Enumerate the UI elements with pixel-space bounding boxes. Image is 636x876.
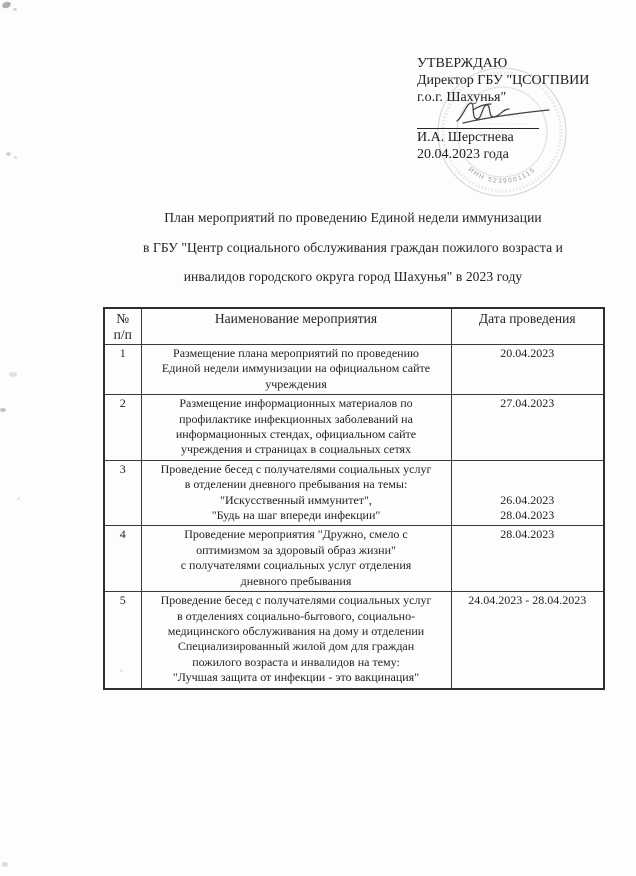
column-header-name: Наименование мероприятия xyxy=(141,308,451,345)
handwritten-signature xyxy=(451,96,555,128)
cell-number: 2 xyxy=(104,395,141,461)
signature-underline xyxy=(417,128,539,129)
cell-event-date: 27.04.2023 xyxy=(451,395,604,461)
table-row: 4 Проведение мероприятия "Дружно, смело … xyxy=(104,526,604,592)
cell-event-name: Проведение мероприятия "Дружно, смело с … xyxy=(141,526,451,592)
cell-number: 4 xyxy=(104,526,141,592)
cell-event-name: Проведение бесед с получателями социальн… xyxy=(141,592,451,689)
cell-event-name: Размещение информационных материалов по … xyxy=(141,395,451,461)
events-table: № п/п Наименование мероприятия Дата пров… xyxy=(103,307,605,690)
signatory-name: И.А. Шерстнева xyxy=(417,129,632,146)
approval-position-line1: Директор ГБУ "ЦСОГПВИИ xyxy=(417,72,632,89)
title-line-1: План мероприятий по проведению Единой не… xyxy=(100,203,606,233)
cell-number: 3 xyxy=(104,460,141,526)
signature-zone xyxy=(417,106,539,129)
scan-speck xyxy=(13,8,17,11)
cell-event-date: 20.04.2023 xyxy=(451,345,604,395)
table-row: 1 Размещение плана мероприятий по провед… xyxy=(104,345,604,395)
svg-text:ИНН 5239001115: ИНН 5239001115 xyxy=(467,166,538,185)
approval-word: УТВЕРЖДАЮ xyxy=(417,55,632,72)
scan-speck xyxy=(6,152,11,156)
scan-speck xyxy=(17,497,20,500)
title-line-2: в ГБУ "Центр социального обслуживания гр… xyxy=(100,233,606,263)
scan-speck xyxy=(2,862,8,867)
stamp-inn-text: ИНН 5239001115 xyxy=(467,166,538,185)
document-title: План мероприятий по проведению Единой не… xyxy=(100,203,606,292)
table-row: 3 Проведение бесед с получателями социал… xyxy=(104,460,604,526)
document-page: ИНН 5239001115 УТВЕРЖДАЮ Директор ГБУ "Ц… xyxy=(0,0,636,876)
scan-speck xyxy=(0,408,6,412)
scan-speck xyxy=(9,372,17,377)
approval-date: 20.04.2023 года xyxy=(417,146,632,163)
cell-event-date: 28.04.2023 xyxy=(451,526,604,592)
cell-event-date: 24.04.2023 - 28.04.2023 xyxy=(451,592,604,689)
column-header-date: Дата проведения xyxy=(451,308,604,345)
scan-speck xyxy=(14,156,17,159)
cell-event-name: Проведение бесед с получателями социальн… xyxy=(141,460,451,526)
cell-number: 1 xyxy=(104,345,141,395)
table-row: 2 Размещение информационных материалов п… xyxy=(104,395,604,461)
cell-event-name: Размещение плана мероприятий по проведен… xyxy=(141,345,451,395)
table-row: 5 Проведение бесед с получателями социал… xyxy=(104,592,604,689)
cell-number: 5 xyxy=(104,592,141,689)
column-header-number: № п/п xyxy=(104,308,141,345)
cell-event-date: 26.04.2023 28.04.2023 xyxy=(451,460,604,526)
title-line-3: инвалидов городского округа город Шахунь… xyxy=(100,262,606,292)
scan-speck xyxy=(1,1,12,10)
table-header-row: № п/п Наименование мероприятия Дата пров… xyxy=(104,308,604,345)
approval-block: УТВЕРЖДАЮ Директор ГБУ "ЦСОГПВИИ г.о.г. … xyxy=(417,55,632,163)
